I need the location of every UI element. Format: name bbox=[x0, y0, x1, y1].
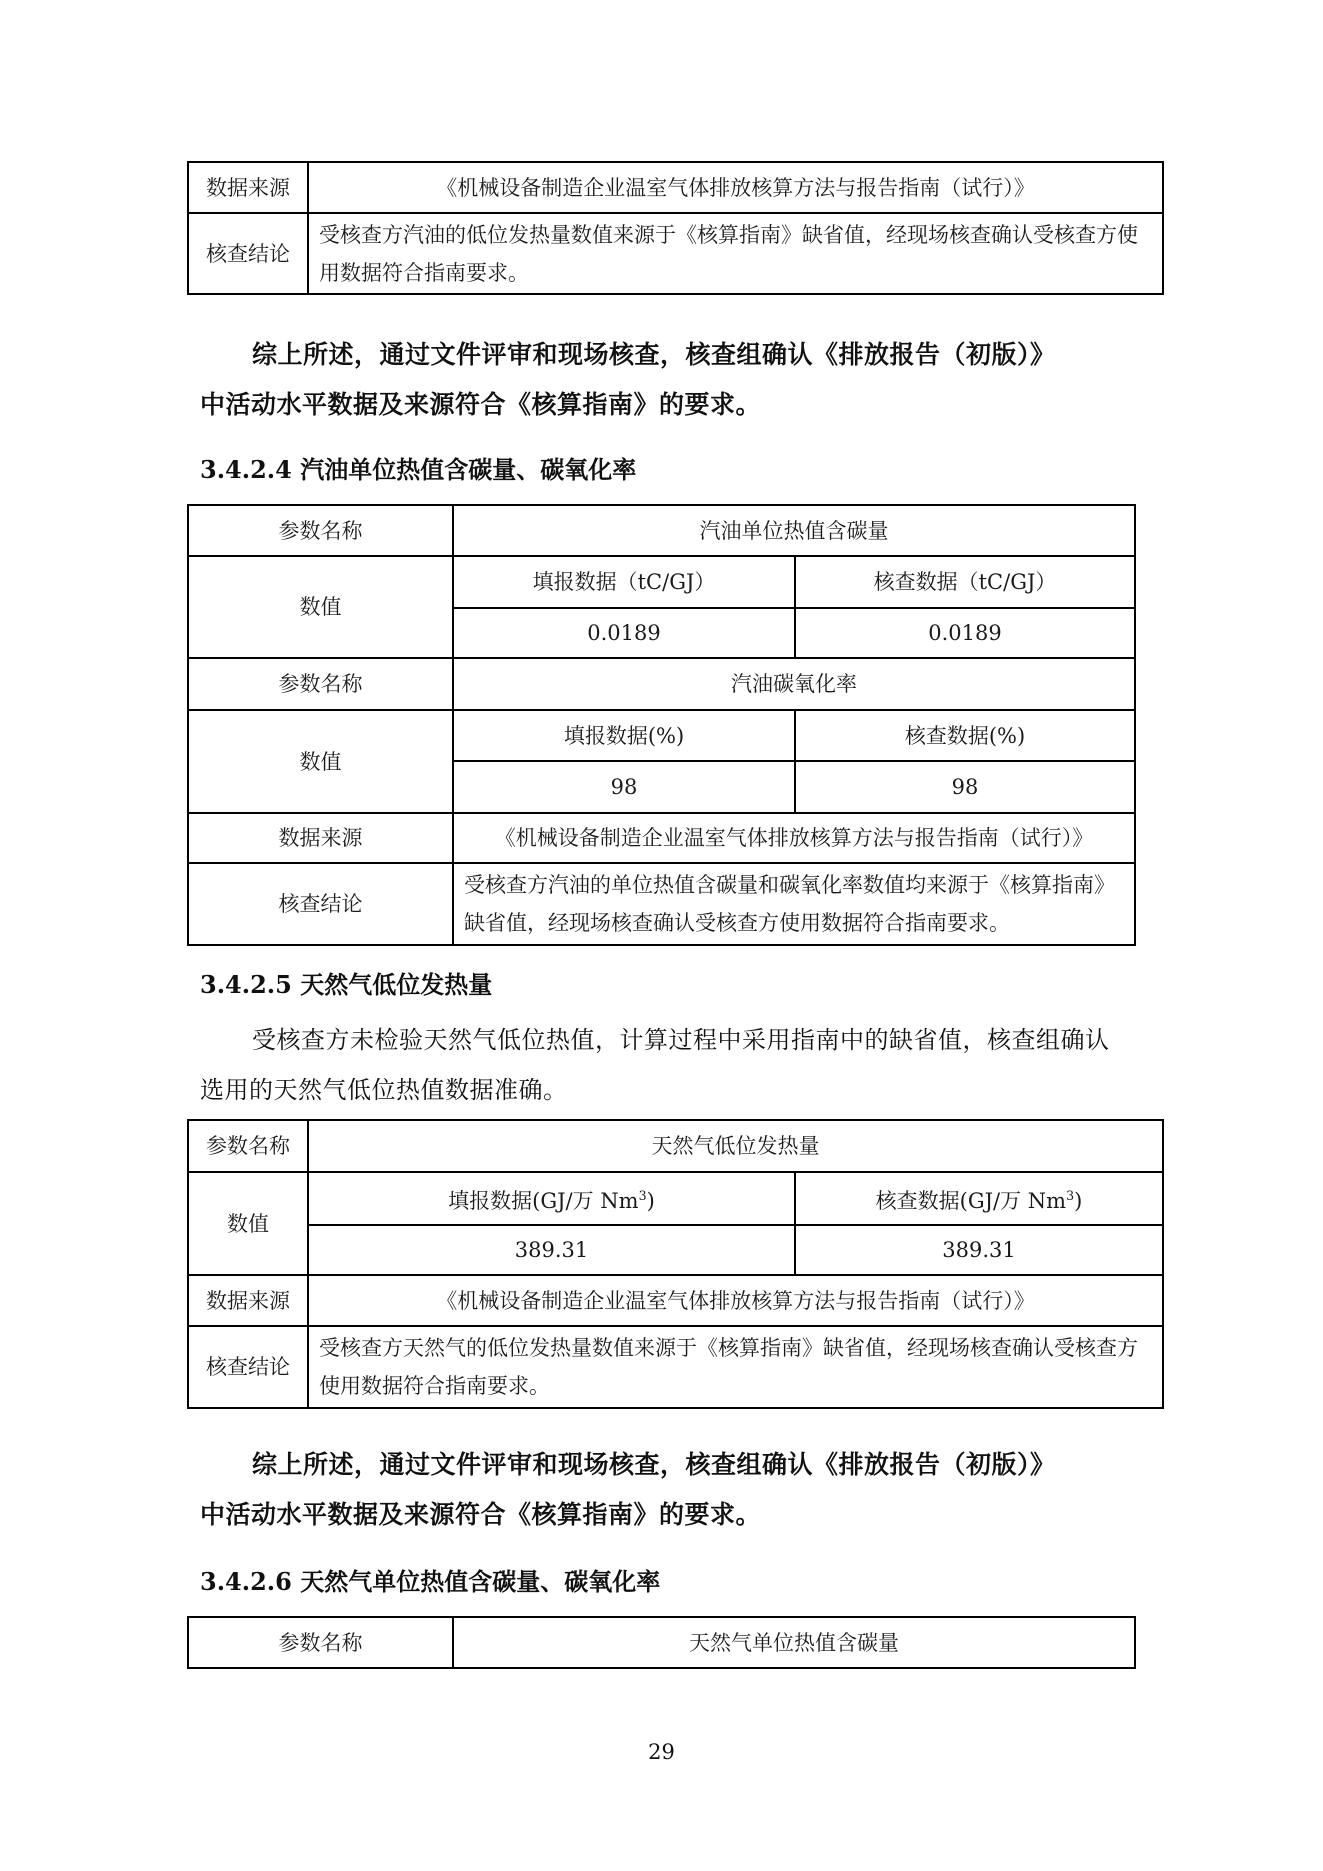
table-row: 核查结论 受核查方汽油的低位发热量数值来源于《核算指南》缺省值，经现场核查确认受… bbox=[188, 213, 1163, 294]
row-label: 数据来源 bbox=[188, 162, 308, 213]
data-source-value: 《机械设备制造企业温室气体排放核算方法与报告指南（试行）》 bbox=[308, 162, 1163, 213]
summary-line: 中活动水平数据及来源符合《核算指南》的要求。 bbox=[200, 1500, 761, 1529]
conclusion-label: 核查结论 bbox=[188, 863, 453, 945]
summary-paragraph-1: 综上所述，通过文件评审和现场核查，核查组确认《排放报告（初版）》 中活动水平数据… bbox=[200, 330, 1130, 430]
table-row: 参数名称 天然气单位热值含碳量 bbox=[188, 1617, 1135, 1668]
natural-gas-ncv-paragraph: 受核查方未检验天然气低位热值，计算过程中采用指南中的缺省值，核查组确认选用的天然… bbox=[200, 1015, 1130, 1115]
page-number: 29 bbox=[0, 1740, 1323, 1764]
summary-paragraph-2: 综上所述，通过文件评审和现场核查，核查组确认《排放报告（初版）》 中活动水平数据… bbox=[200, 1440, 1130, 1540]
source-value: 《机械设备制造企业温室气体排放核算方法与报告指南（试行）》 bbox=[453, 813, 1135, 863]
verified-value: 389.31 bbox=[795, 1225, 1163, 1275]
value-label: 数值 bbox=[188, 1172, 308, 1275]
reported-header: 填报数据(GJ/万 Nm3) bbox=[308, 1172, 795, 1225]
table-row: 数据来源 《机械设备制造企业温室气体排放核算方法与报告指南（试行）》 bbox=[188, 1275, 1163, 1326]
row-label: 核查结论 bbox=[188, 213, 308, 294]
table-row: 数值 填报数据（tC/GJ） 核查数据（tC/GJ） bbox=[188, 556, 1135, 608]
conclusion-value: 受核查方汽油的低位发热量数值来源于《核算指南》缺省值，经现场核查确认受核查方使用… bbox=[308, 213, 1163, 294]
verified-value: 98 bbox=[795, 761, 1135, 813]
verified-header: 核查数据(GJ/万 Nm3) bbox=[795, 1172, 1163, 1225]
reported-header: 填报数据（tC/GJ） bbox=[453, 556, 795, 608]
conclusion-value: 受核查方天然气的低位发热量数值来源于《核算指南》缺省值，经现场核查确认受核查方使… bbox=[308, 1326, 1163, 1408]
value-label: 数值 bbox=[188, 710, 453, 813]
table-row: 参数名称 汽油碳氧化率 bbox=[188, 658, 1135, 710]
param-label: 参数名称 bbox=[188, 505, 453, 556]
section-heading-3426: 3.4.2.6 天然气单位热值含碳量、碳氧化率 bbox=[200, 1562, 660, 1597]
param-label: 参数名称 bbox=[188, 1120, 308, 1172]
table-row: 数值 填报数据(%) 核查数据(%) bbox=[188, 710, 1135, 761]
param-name: 汽油碳氧化率 bbox=[453, 658, 1135, 710]
table-natural-gas-carbon: 参数名称 天然气单位热值含碳量 bbox=[187, 1616, 1136, 1669]
reported-value: 98 bbox=[453, 761, 795, 813]
param-name: 天然气单位热值含碳量 bbox=[453, 1617, 1135, 1668]
source-label: 数据来源 bbox=[188, 813, 453, 863]
param-label: 参数名称 bbox=[188, 658, 453, 710]
reported-value: 389.31 bbox=[308, 1225, 795, 1275]
verified-header: 核查数据(%) bbox=[795, 710, 1135, 761]
reported-value: 0.0189 bbox=[453, 608, 795, 658]
summary-line: 综上所述，通过文件评审和现场核查，核查组确认《排放报告（初版）》 bbox=[252, 340, 1056, 369]
section-heading-3425: 3.4.2.5 天然气低位发热量 bbox=[200, 965, 492, 1000]
table-row: 数据来源 《机械设备制造企业温室气体排放核算方法与报告指南（试行）》 bbox=[188, 813, 1135, 863]
param-name: 汽油单位热值含碳量 bbox=[453, 505, 1135, 556]
table-row: 参数名称 汽油单位热值含碳量 bbox=[188, 505, 1135, 556]
summary-line: 中活动水平数据及来源符合《核算指南》的要求。 bbox=[200, 390, 761, 419]
param-name: 天然气低位发热量 bbox=[308, 1120, 1163, 1172]
table-natural-gas-ncv: 参数名称 天然气低位发热量 数值 填报数据(GJ/万 Nm3) 核查数据(GJ/… bbox=[187, 1119, 1164, 1409]
reported-header: 填报数据(%) bbox=[453, 710, 795, 761]
paragraph-text: 受核查方未检验天然气低位热值，计算过程中采用指南中的缺省值，核查组确认选用的天然… bbox=[200, 1026, 1110, 1104]
verified-value: 0.0189 bbox=[795, 608, 1135, 658]
verified-header: 核查数据（tC/GJ） bbox=[795, 556, 1135, 608]
table-row: 389.31 389.31 bbox=[188, 1225, 1163, 1275]
source-label: 数据来源 bbox=[188, 1275, 308, 1326]
table-row: 数值 填报数据(GJ/万 Nm3) 核查数据(GJ/万 Nm3) bbox=[188, 1172, 1163, 1225]
table-row: 数据来源 《机械设备制造企业温室气体排放核算方法与报告指南（试行）》 bbox=[188, 162, 1163, 213]
table-row: 参数名称 天然气低位发热量 bbox=[188, 1120, 1163, 1172]
summary-line: 综上所述，通过文件评审和现场核查，核查组确认《排放报告（初版）》 bbox=[252, 1450, 1056, 1479]
table-row: 核查结论 受核查方汽油的单位热值含碳量和碳氧化率数值均来源于《核算指南》缺省值，… bbox=[188, 863, 1135, 945]
table-gasoline-carbon: 参数名称 汽油单位热值含碳量 数值 填报数据（tC/GJ） 核查数据（tC/GJ… bbox=[187, 504, 1136, 946]
value-label: 数值 bbox=[188, 556, 453, 658]
table-row: 核查结论 受核查方天然气的低位发热量数值来源于《核算指南》缺省值，经现场核查确认… bbox=[188, 1326, 1163, 1408]
section-heading-3424: 3.4.2.4 汽油单位热值含碳量、碳氧化率 bbox=[200, 450, 636, 485]
conclusion-value: 受核查方汽油的单位热值含碳量和碳氧化率数值均来源于《核算指南》缺省值，经现场核查… bbox=[453, 863, 1135, 945]
table-gasoline-ncv-continued: 数据来源 《机械设备制造企业温室气体排放核算方法与报告指南（试行）》 核查结论 … bbox=[187, 161, 1164, 295]
param-label: 参数名称 bbox=[188, 1617, 453, 1668]
source-value: 《机械设备制造企业温室气体排放核算方法与报告指南（试行）》 bbox=[308, 1275, 1163, 1326]
conclusion-label: 核查结论 bbox=[188, 1326, 308, 1408]
